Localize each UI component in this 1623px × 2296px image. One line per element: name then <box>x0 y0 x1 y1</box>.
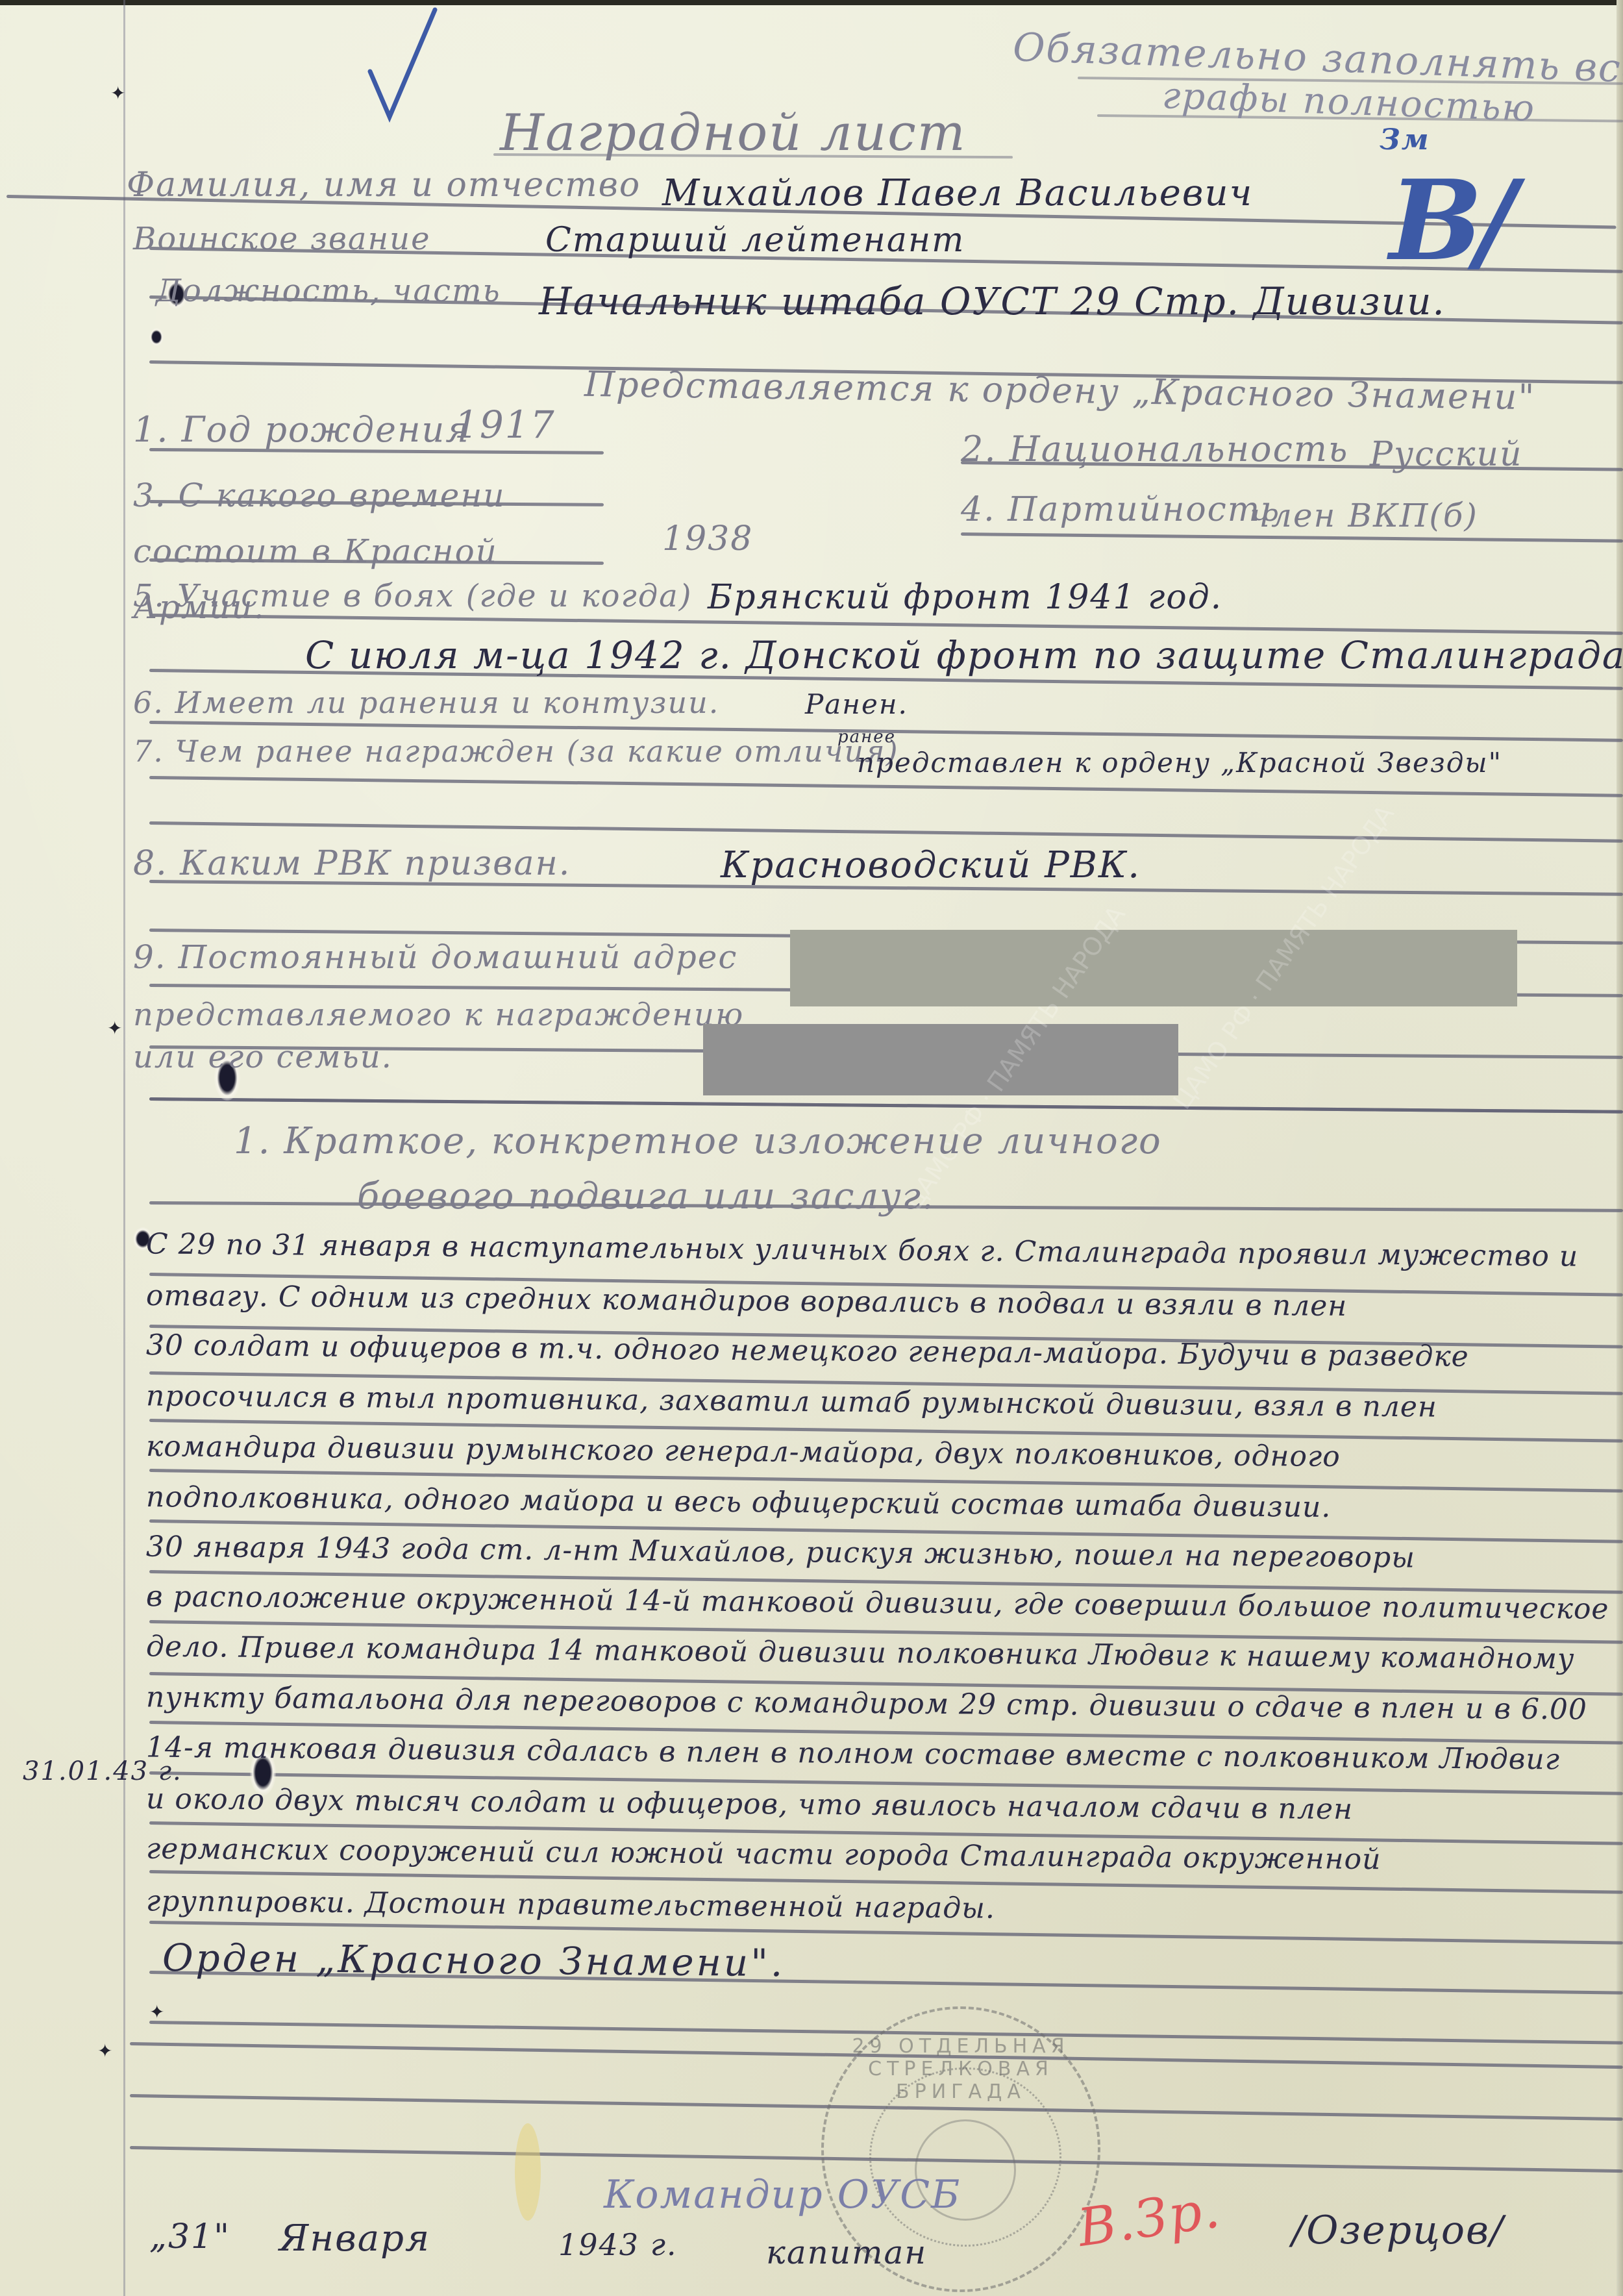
birth-year-value: 1917 <box>454 403 556 447</box>
address-label-1: 9. Постоянный домашний адрес <box>133 938 737 976</box>
address-label-2: представляемого к награждению <box>133 997 744 1033</box>
feat-text-line: командира дивизии румынского генерал-май… <box>146 1430 1341 1473</box>
ruled-line <box>149 776 1623 797</box>
redaction-box-address: ЦАМО РФ · ПАМЯТЬ НАРОДА <box>790 930 1517 1006</box>
redaction-watermark: ЦАМО РФ · ПАМЯТЬ НАРОДА <box>1167 800 1399 1114</box>
prev-awards-note: ранее <box>837 727 896 747</box>
pin-hole: ✦ <box>110 88 122 99</box>
rank-label: Воинское звание <box>133 221 430 257</box>
signer-title-1: Командир ОУСБ <box>604 2172 961 2217</box>
name-label: Фамилия, имя и отчество <box>127 166 641 205</box>
corner-mark-big: В/ <box>1389 156 1510 286</box>
feat-text-line: Орден „Красного Знамени". <box>162 1936 786 1985</box>
prev-awards-label: 7. Чем ранее награжден (за какие отличия… <box>133 734 899 769</box>
margin-date: 31.01.43 г. <box>23 1756 182 1786</box>
signature: /Озерцов/ <box>1292 2208 1504 2253</box>
scan-right-edge <box>1617 0 1623 2296</box>
pin-hole: ✦ <box>97 2045 109 2057</box>
party-label: 4. Партийность <box>961 490 1280 529</box>
feat-text-line: отвагу. С одним из средних командиров во… <box>146 1279 1348 1322</box>
nationality-value: Русский <box>1370 435 1522 474</box>
rank-value: Старший лейтенант <box>545 221 965 260</box>
prev-awards-value: представлен к ордену „Красной Звезды" <box>857 747 1502 779</box>
feat-text-line: 30 солдат и офицеров в т.ч. одного немец… <box>146 1329 1469 1373</box>
margin-line <box>123 0 125 2296</box>
document-page: ✦ ✦ ✦ ✦ Обязательно заполнять все графы … <box>0 0 1623 2296</box>
ruled-line <box>149 1097 1623 1114</box>
feat-text-line: просочился в тыл противника, захватил шт… <box>146 1379 1437 1423</box>
feat-text-line: в расположение окруженной 14-й танковой … <box>146 1580 1609 1626</box>
combat-value-2: С июля м-ца 1942 г. Донской фронт по защ… <box>305 633 1623 677</box>
party-value: член ВКП(б) <box>1250 497 1478 534</box>
footer-date-month: Января <box>279 2217 430 2260</box>
paper-stain <box>515 2123 541 2221</box>
feat-heading-2: боевого подвига или заслуг. <box>357 1175 935 1217</box>
pin-hole: ✦ <box>149 2006 161 2018</box>
wounds-label: 6. Имеет ли ранения и контузии. <box>133 685 719 720</box>
red-pencil-mark: В.Зр. <box>1074 2178 1224 2258</box>
check-mark-icon <box>364 6 441 123</box>
rvk-label: 8. Каким РВК призван. <box>133 844 571 883</box>
redaction-box-family: ЦАМО РФ · ПАМЯТЬ НАРОДА <box>703 1024 1178 1095</box>
feat-heading-1: 1. Краткое, конкретное изложение личного <box>234 1120 1162 1162</box>
post-label: Должность, часть <box>156 273 501 309</box>
rvk-value: Красноводский РВК. <box>721 844 1141 886</box>
nationality-label: 2. Национальность <box>961 429 1348 469</box>
combat-value-1: Брянский фронт 1941 год. <box>708 578 1222 617</box>
feat-text-line: подполковника, одного майора и весь офиц… <box>146 1480 1332 1524</box>
combat-label: 5. Участие в боях (где и когда) <box>133 578 693 614</box>
page-title: Наградной лист <box>500 104 967 162</box>
footer-date-year: 1943 г. <box>558 2227 678 2262</box>
ruled-line <box>149 821 1623 843</box>
feat-text-line: пункту батальона для переговоров с коман… <box>146 1680 1587 1726</box>
corner-mark-small: Зм <box>1380 123 1430 156</box>
footer-date-day: „31" <box>149 2217 230 2256</box>
feat-text-line: С 29 по 31 января в наступательных уличн… <box>146 1227 1579 1273</box>
feat-text-line: группировки. Достоин правительственной н… <box>146 1884 995 1925</box>
scan-top-edge <box>0 0 1623 5</box>
nomination-text: Представляется к ордену „Красного Знамен… <box>584 364 1536 418</box>
signer-title-2: капитан <box>766 2234 927 2271</box>
birth-year-label: 1. Год рождения <box>133 409 470 450</box>
name-value: Михайлов Павел Васильевич <box>662 172 1253 214</box>
binding-hole <box>149 328 164 346</box>
service-since-value: 1938 <box>662 519 753 558</box>
wounds-value: Ранен. <box>805 688 908 720</box>
address-label-3: или его семьи. <box>133 1039 393 1075</box>
pin-hole: ✦ <box>107 1023 119 1034</box>
post-value: Начальник штаба ОУСТ 29 Стр. Дивизии. <box>539 279 1446 323</box>
